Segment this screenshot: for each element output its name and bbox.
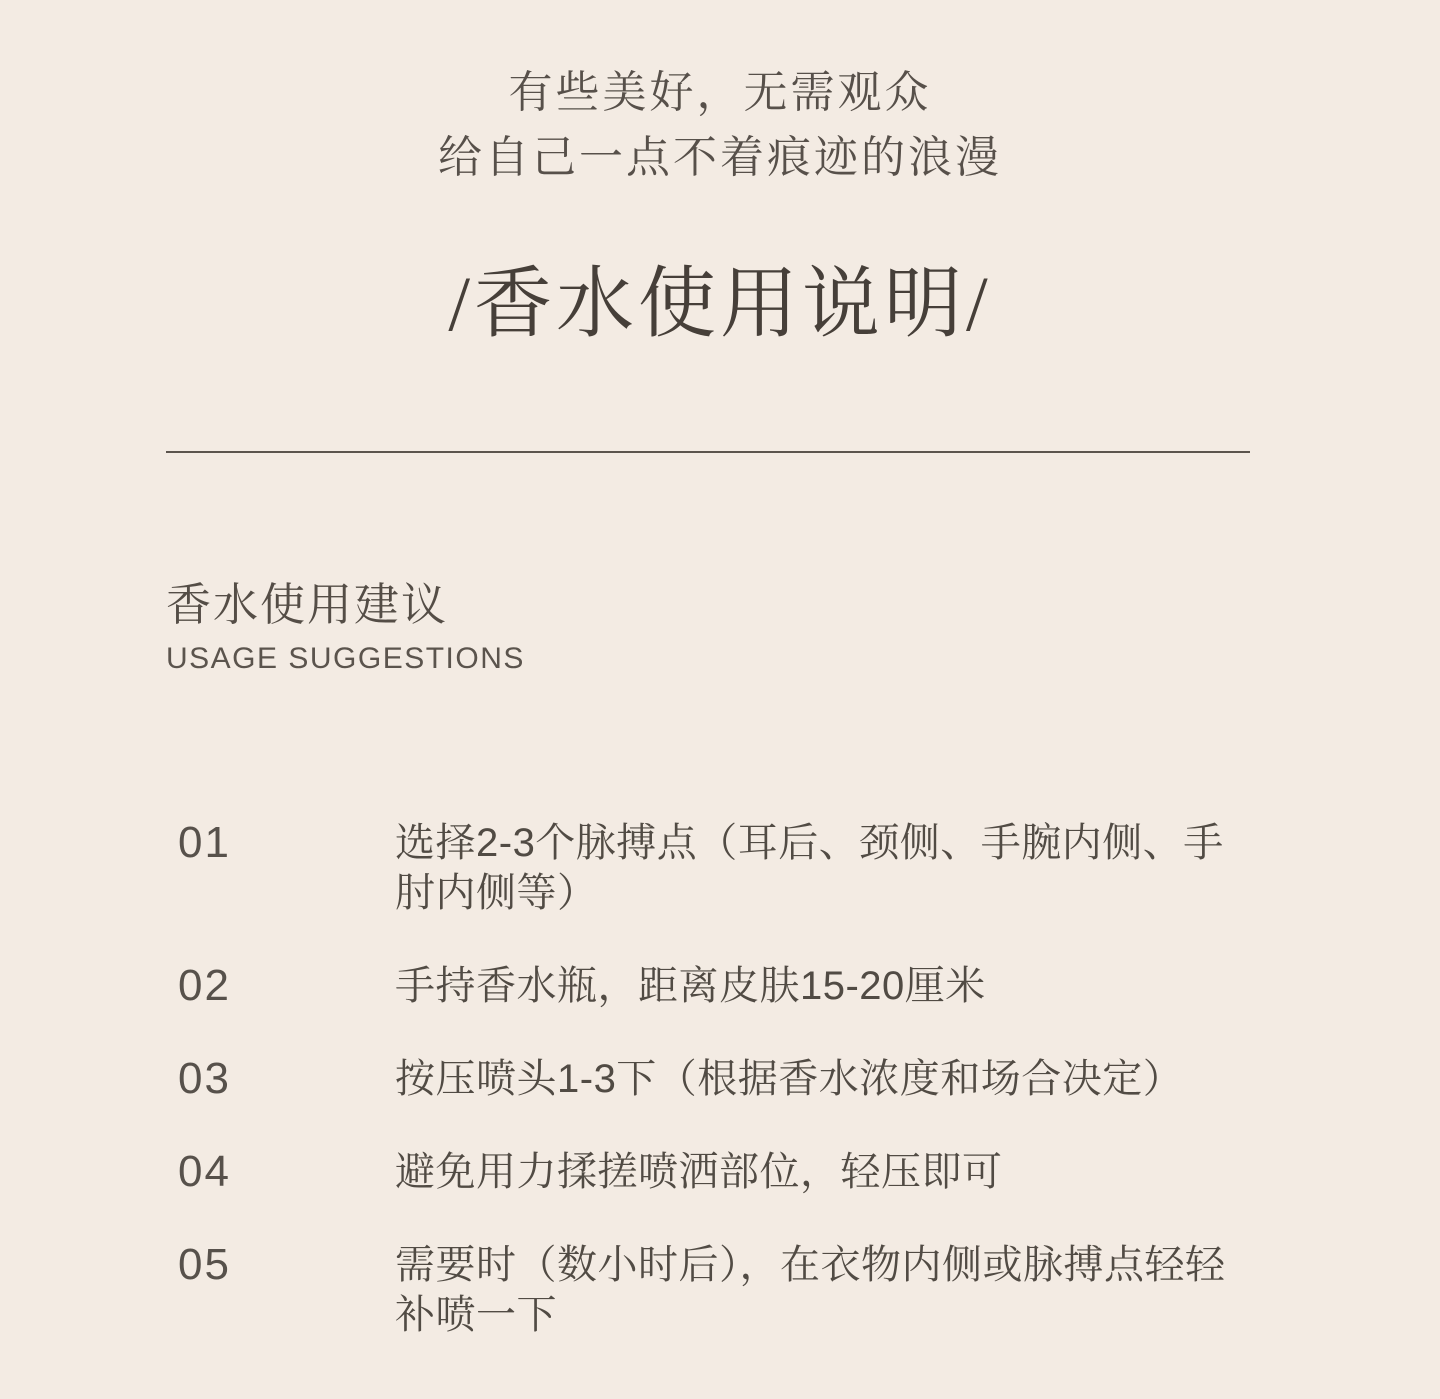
horizontal-divider [166,451,1250,453]
usage-steps-list: 01 选择2-3个脉搏点（耳后、颈侧、手腕内侧、手肘内侧等） 02 手持香水瓶，… [178,818,1258,1383]
step-text: 选择2-3个脉搏点（耳后、颈侧、手腕内侧、手肘内侧等） [395,818,1257,918]
perfume-instructions-page: 有些美好，无需观众 给自己一点不着痕迹的浪漫 /香水使用说明/ 香水使用建议 U… [0,0,1440,1399]
step-number: 03 [178,1054,395,1104]
section-heading-chinese: 香水使用建议 [166,580,448,630]
step-text: 按压喷头1-3下（根据香水浓度和场合决定） [395,1054,1257,1104]
step-text: 手持香水瓶，距离皮肤15-20厘米 [395,961,1257,1011]
list-item: 05 需要时（数小时后），在衣物内侧或脉搏点轻轻补喷一下 [178,1240,1258,1340]
list-item: 04 避免用力揉搓喷洒部位，轻压即可 [178,1147,1258,1197]
list-item: 02 手持香水瓶，距离皮肤15-20厘米 [178,961,1258,1011]
list-item: 03 按压喷头1-3下（根据香水浓度和场合决定） [178,1054,1258,1104]
step-text: 需要时（数小时后），在衣物内侧或脉搏点轻轻补喷一下 [395,1240,1257,1340]
section-heading-english: USAGE SUGGESTIONS [166,641,525,677]
page-title: /香水使用说明/ [0,260,1440,348]
step-number: 02 [178,961,395,1011]
step-text: 避免用力揉搓喷洒部位，轻压即可 [395,1147,1257,1197]
header-subtitle-line1: 有些美好，无需观众 [0,70,1440,116]
step-number: 01 [178,818,395,868]
header-subtitle-line2: 给自己一点不着痕迹的浪漫 [0,135,1440,181]
step-number: 05 [178,1240,395,1290]
step-number: 04 [178,1147,395,1197]
list-item: 01 选择2-3个脉搏点（耳后、颈侧、手腕内侧、手肘内侧等） [178,818,1258,918]
